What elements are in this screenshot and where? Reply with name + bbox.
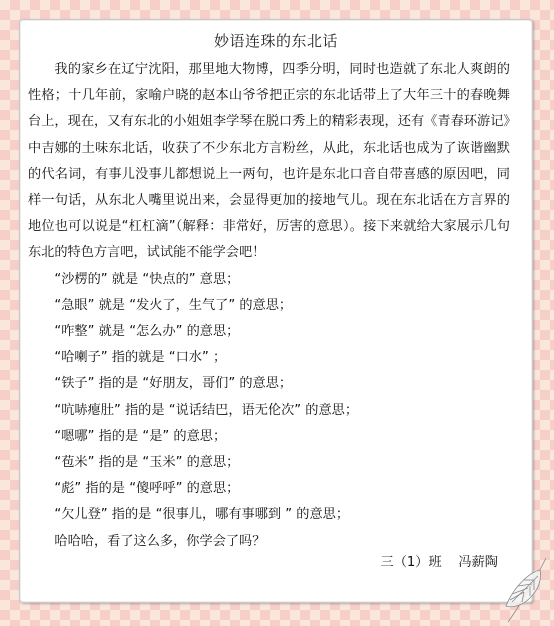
author-signature: 三（1）班 冯薪陶	[381, 551, 498, 570]
article-body: 我的家乡在辽宁沈阳，那里地大物博，四季分明，同时也造就了东北人爽朗的性格；十几年…	[28, 57, 510, 555]
dialect-item: “铁子” 指的是 “好朋友，哥们” 的意思；	[28, 371, 510, 397]
dialect-item: “哈喇子” 指的就是 “口水” ；	[28, 345, 510, 371]
article-card: 妙语连珠的东北话 我的家乡在辽宁沈阳，那里地大物博，四季分明，同时也造就了东北人…	[19, 19, 533, 603]
intro-paragraph: 我的家乡在辽宁沈阳，那里地大物博，四季分明，同时也造就了东北人爽朗的性格；十几年…	[28, 57, 510, 267]
dialect-item: “吭哧瘪肚” 指的是 “说话结巴，语无伦次” 的意思；	[28, 398, 510, 424]
dialect-item: “欠儿登” 指的是 “很事儿，哪有事哪到 ” 的意思；	[28, 502, 510, 528]
dialect-item: “彪” 指的是 “傻呼呼” 的意思；	[28, 476, 510, 502]
dialect-item: “急眼” 就是 “发火了，生气了” 的意思；	[28, 293, 510, 319]
dialect-item: “沙楞的” 就是 “快点的” 意思；	[28, 267, 510, 293]
dialect-item: “咋整” 就是 “怎么办” 的意思；	[28, 319, 510, 345]
leaf-icon	[500, 556, 554, 626]
dialect-item: “苞米” 指的是 “玉米” 的意思；	[28, 450, 510, 476]
article-title: 妙语连珠的东北话	[20, 30, 532, 51]
dialect-item: “嗯哪” 指的是 “是” 的意思；	[28, 424, 510, 450]
